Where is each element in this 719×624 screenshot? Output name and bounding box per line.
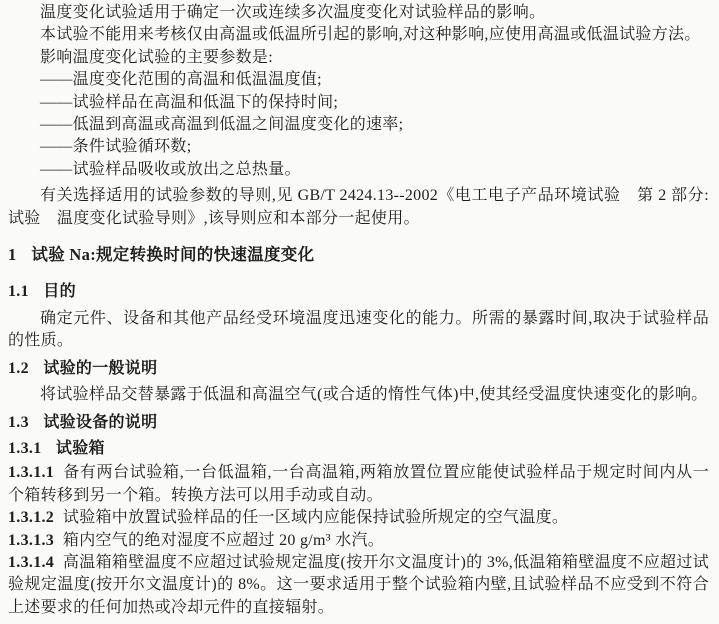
clause-text: 高温箱箱壁温度不应超过试验规定温度(按开尔文温度计)的 3%,低温箱箱壁温度不应… — [8, 554, 709, 616]
parameter-list-item: ——温度变化范围的高温和低温温度值; — [8, 69, 709, 91]
section-title: 试验的一般说明 — [43, 360, 157, 377]
section-1-1-heading: 1.1目的 — [8, 281, 709, 303]
clause-text: 箱内空气的绝对湿度不应超过 20 g/m³ 水汽。 — [63, 532, 384, 549]
section-number: 1.1 — [8, 283, 29, 300]
section-1-1-body: 确定元件、设备和其他产品经受环境温度迅速变化的能力。所需的暴露时间,取决于试验样… — [8, 308, 709, 353]
section-number: 1 — [8, 245, 17, 264]
clause-1-3-1-4: 1.3.1.4高温箱箱壁温度不应超过试验规定温度(按开尔文温度计)的 3%,低温… — [8, 552, 709, 619]
section-1-3-1-heading: 1.3.1试验箱 — [8, 438, 709, 460]
intro-paragraph-parameters-lead: 影响温度变化试验的主要参数是: — [8, 47, 709, 69]
intro-paragraph-limitation: 本试验不能用来考核仅由高温或低温所引起的影响,对这种影响,应使用高温或低温试验方… — [8, 24, 709, 46]
clause-number: 1.3.1.1 — [8, 464, 54, 481]
section-number: 1.3.1 — [8, 440, 42, 457]
section-title: 试验箱 — [56, 440, 105, 457]
clause-text: 备有两台试验箱,一台低温箱,一台高温箱,两箱放置位置应能使试验样品于规定时间内从… — [8, 464, 709, 503]
parameter-list-item: ——试验样品在高温和低温下的保持时间; — [8, 92, 709, 114]
section-title: 试验设备的说明 — [43, 414, 157, 431]
section-1-2-body: 将试验样品交替暴露于低温和高温空气(或合适的惰性气体)中,使其经受温度快速变化的… — [8, 384, 709, 406]
clause-1-3-1-2: 1.3.1.2试验箱中放置试验样品的任一区域内应能保持试验所规定的空气温度。 — [8, 507, 709, 529]
standard-document-page: 温度变化试验适用于确定一次或连续多次温度变化对试验样品的影响。 本试验不能用来考… — [0, 0, 719, 624]
clause-1-3-1-3: 1.3.1.3箱内空气的绝对湿度不应超过 20 g/m³ 水汽。 — [8, 530, 709, 552]
guideline-reference-paragraph: 有关选择适用的试验参数的导则,见 GB/T 2424.13--2002《电工电子… — [8, 185, 709, 230]
parameter-list-item: ——试验样品吸收或放出之总热量。 — [8, 159, 709, 181]
section-title: 试验 Na:规定转换时间的快速温度变化 — [31, 245, 314, 264]
parameter-list-item: ——条件试验循环数; — [8, 136, 709, 158]
clause-number: 1.3.1.2 — [8, 509, 54, 526]
section-number: 1.2 — [8, 360, 29, 377]
clause-number: 1.3.1.4 — [8, 554, 54, 571]
section-1-heading: 1试验 Na:规定转换时间的快速温度变化 — [8, 244, 709, 266]
clause-text: 试验箱中放置试验样品的任一区域内应能保持试验所规定的空气温度。 — [63, 509, 568, 526]
clause-number: 1.3.1.3 — [8, 532, 54, 549]
section-1-2-heading: 1.2试验的一般说明 — [8, 358, 709, 380]
clause-1-3-1-1: 1.3.1.1备有两台试验箱,一台低温箱,一台高温箱,两箱放置位置应能使试验样品… — [8, 462, 709, 507]
section-number: 1.3 — [8, 414, 29, 431]
intro-paragraph-scope: 温度变化试验适用于确定一次或连续多次温度变化对试验样品的影响。 — [8, 2, 709, 24]
section-title: 目的 — [43, 283, 76, 300]
section-1-3-heading: 1.3试验设备的说明 — [8, 412, 709, 434]
parameter-list-item: ——低温到高温或高温到低温之间温度变化的速率; — [8, 114, 709, 136]
